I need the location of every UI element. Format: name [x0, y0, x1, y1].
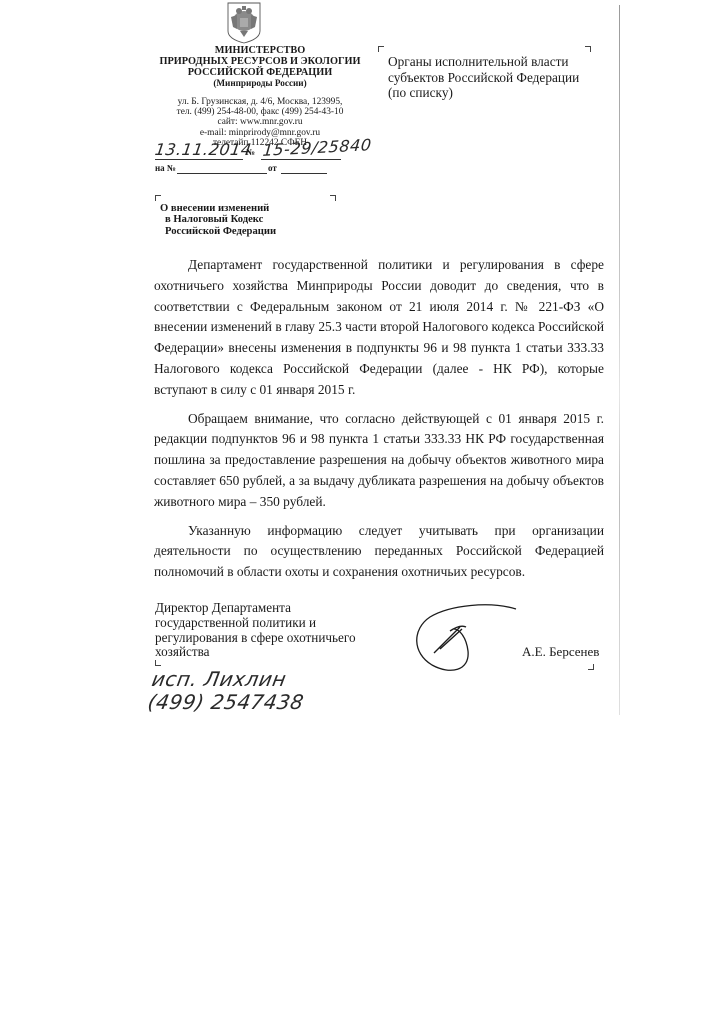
- signatory-title-line: хозяйства: [155, 645, 356, 660]
- signatory-title-line: государственной политики и: [155, 616, 356, 631]
- ministry-line: ПРИРОДНЫХ РЕСУРСОВ И ЭКОЛОГИИ: [140, 56, 380, 67]
- signatory-title-line: регулирования в сфере охотничьего: [155, 631, 356, 646]
- executor-phone: (499) 2547438: [146, 691, 306, 714]
- subject-line: Российской Федерации: [160, 226, 276, 237]
- signatory-title-line: Директор Департамента: [155, 601, 356, 616]
- signer-name: А.Е. Берсенев: [522, 644, 599, 660]
- letter-body: Департамент государственной политики и р…: [154, 255, 604, 583]
- reply-to-underline: [177, 173, 267, 174]
- addressee-corner-mark: [585, 46, 591, 52]
- ministry-line: РОССИЙСКОЙ ФЕДЕРАЦИИ: [140, 67, 380, 78]
- date-underline: [155, 159, 243, 160]
- body-paragraph: Департамент государственной политики и р…: [154, 255, 604, 401]
- registration-number: 15-29/25840: [262, 135, 373, 160]
- addressee-corner-mark: [378, 46, 384, 52]
- contact-address: ул. Б. Грузинская, д. 4/6, Москва, 12399…: [140, 97, 380, 107]
- registration-date: 13.11.2014: [154, 140, 253, 159]
- body-paragraph: Указанную информацию следует учитывать п…: [154, 521, 604, 583]
- reply-reference-row: на № от: [155, 163, 395, 179]
- addressee-line: (по списку): [388, 85, 579, 101]
- addressee-line: Органы исполнительной власти: [388, 54, 579, 70]
- reply-to-label: на №: [155, 163, 176, 173]
- reply-from-underline: [281, 173, 327, 174]
- registration-number-label: №: [246, 147, 255, 157]
- ministry-short-name: (Минприроды России): [140, 78, 380, 89]
- contact-website: сайт: www.mnr.gov.ru: [140, 117, 380, 127]
- executor-name: исп. Лихлин: [150, 668, 310, 691]
- ministry-line: МИНИСТЕРСТВО: [140, 45, 380, 56]
- addressee: Органы исполнительной власти субъектов Р…: [388, 54, 579, 101]
- reply-from-label: от: [268, 163, 277, 173]
- handwritten-signature-icon: [410, 601, 520, 676]
- addressee-line: субъектов Российской Федерации: [388, 70, 579, 86]
- subject-line: в Налоговый Кодекс: [160, 214, 276, 225]
- letter-subject: О внесении изменений в Налоговый Кодекс …: [160, 203, 276, 237]
- signatory-title: Директор Департамента государственной по…: [155, 601, 356, 660]
- number-underline: [261, 159, 341, 160]
- registration-row: 13.11.2014 № 15-29/25840: [147, 138, 387, 162]
- subject-corner-mark: [330, 195, 336, 201]
- contact-phone: тел. (499) 254-48-00, факс (499) 254-43-…: [140, 107, 380, 117]
- body-paragraph: Обращаем внимание, что согласно действую…: [154, 409, 604, 513]
- subject-line: О внесении изменений: [160, 203, 276, 214]
- subject-corner-mark: [155, 195, 161, 201]
- scan-edge-line: [619, 5, 620, 715]
- signature-corner-mark: [588, 664, 594, 670]
- signature-corner-mark: [155, 660, 161, 666]
- ministry-header: МИНИСТЕРСТВО ПРИРОДНЫХ РЕСУРСОВ И ЭКОЛОГ…: [140, 45, 380, 89]
- executor-note: исп. Лихлин (499) 2547438: [146, 668, 310, 714]
- coat-of-arms-russia-icon: [225, 1, 263, 45]
